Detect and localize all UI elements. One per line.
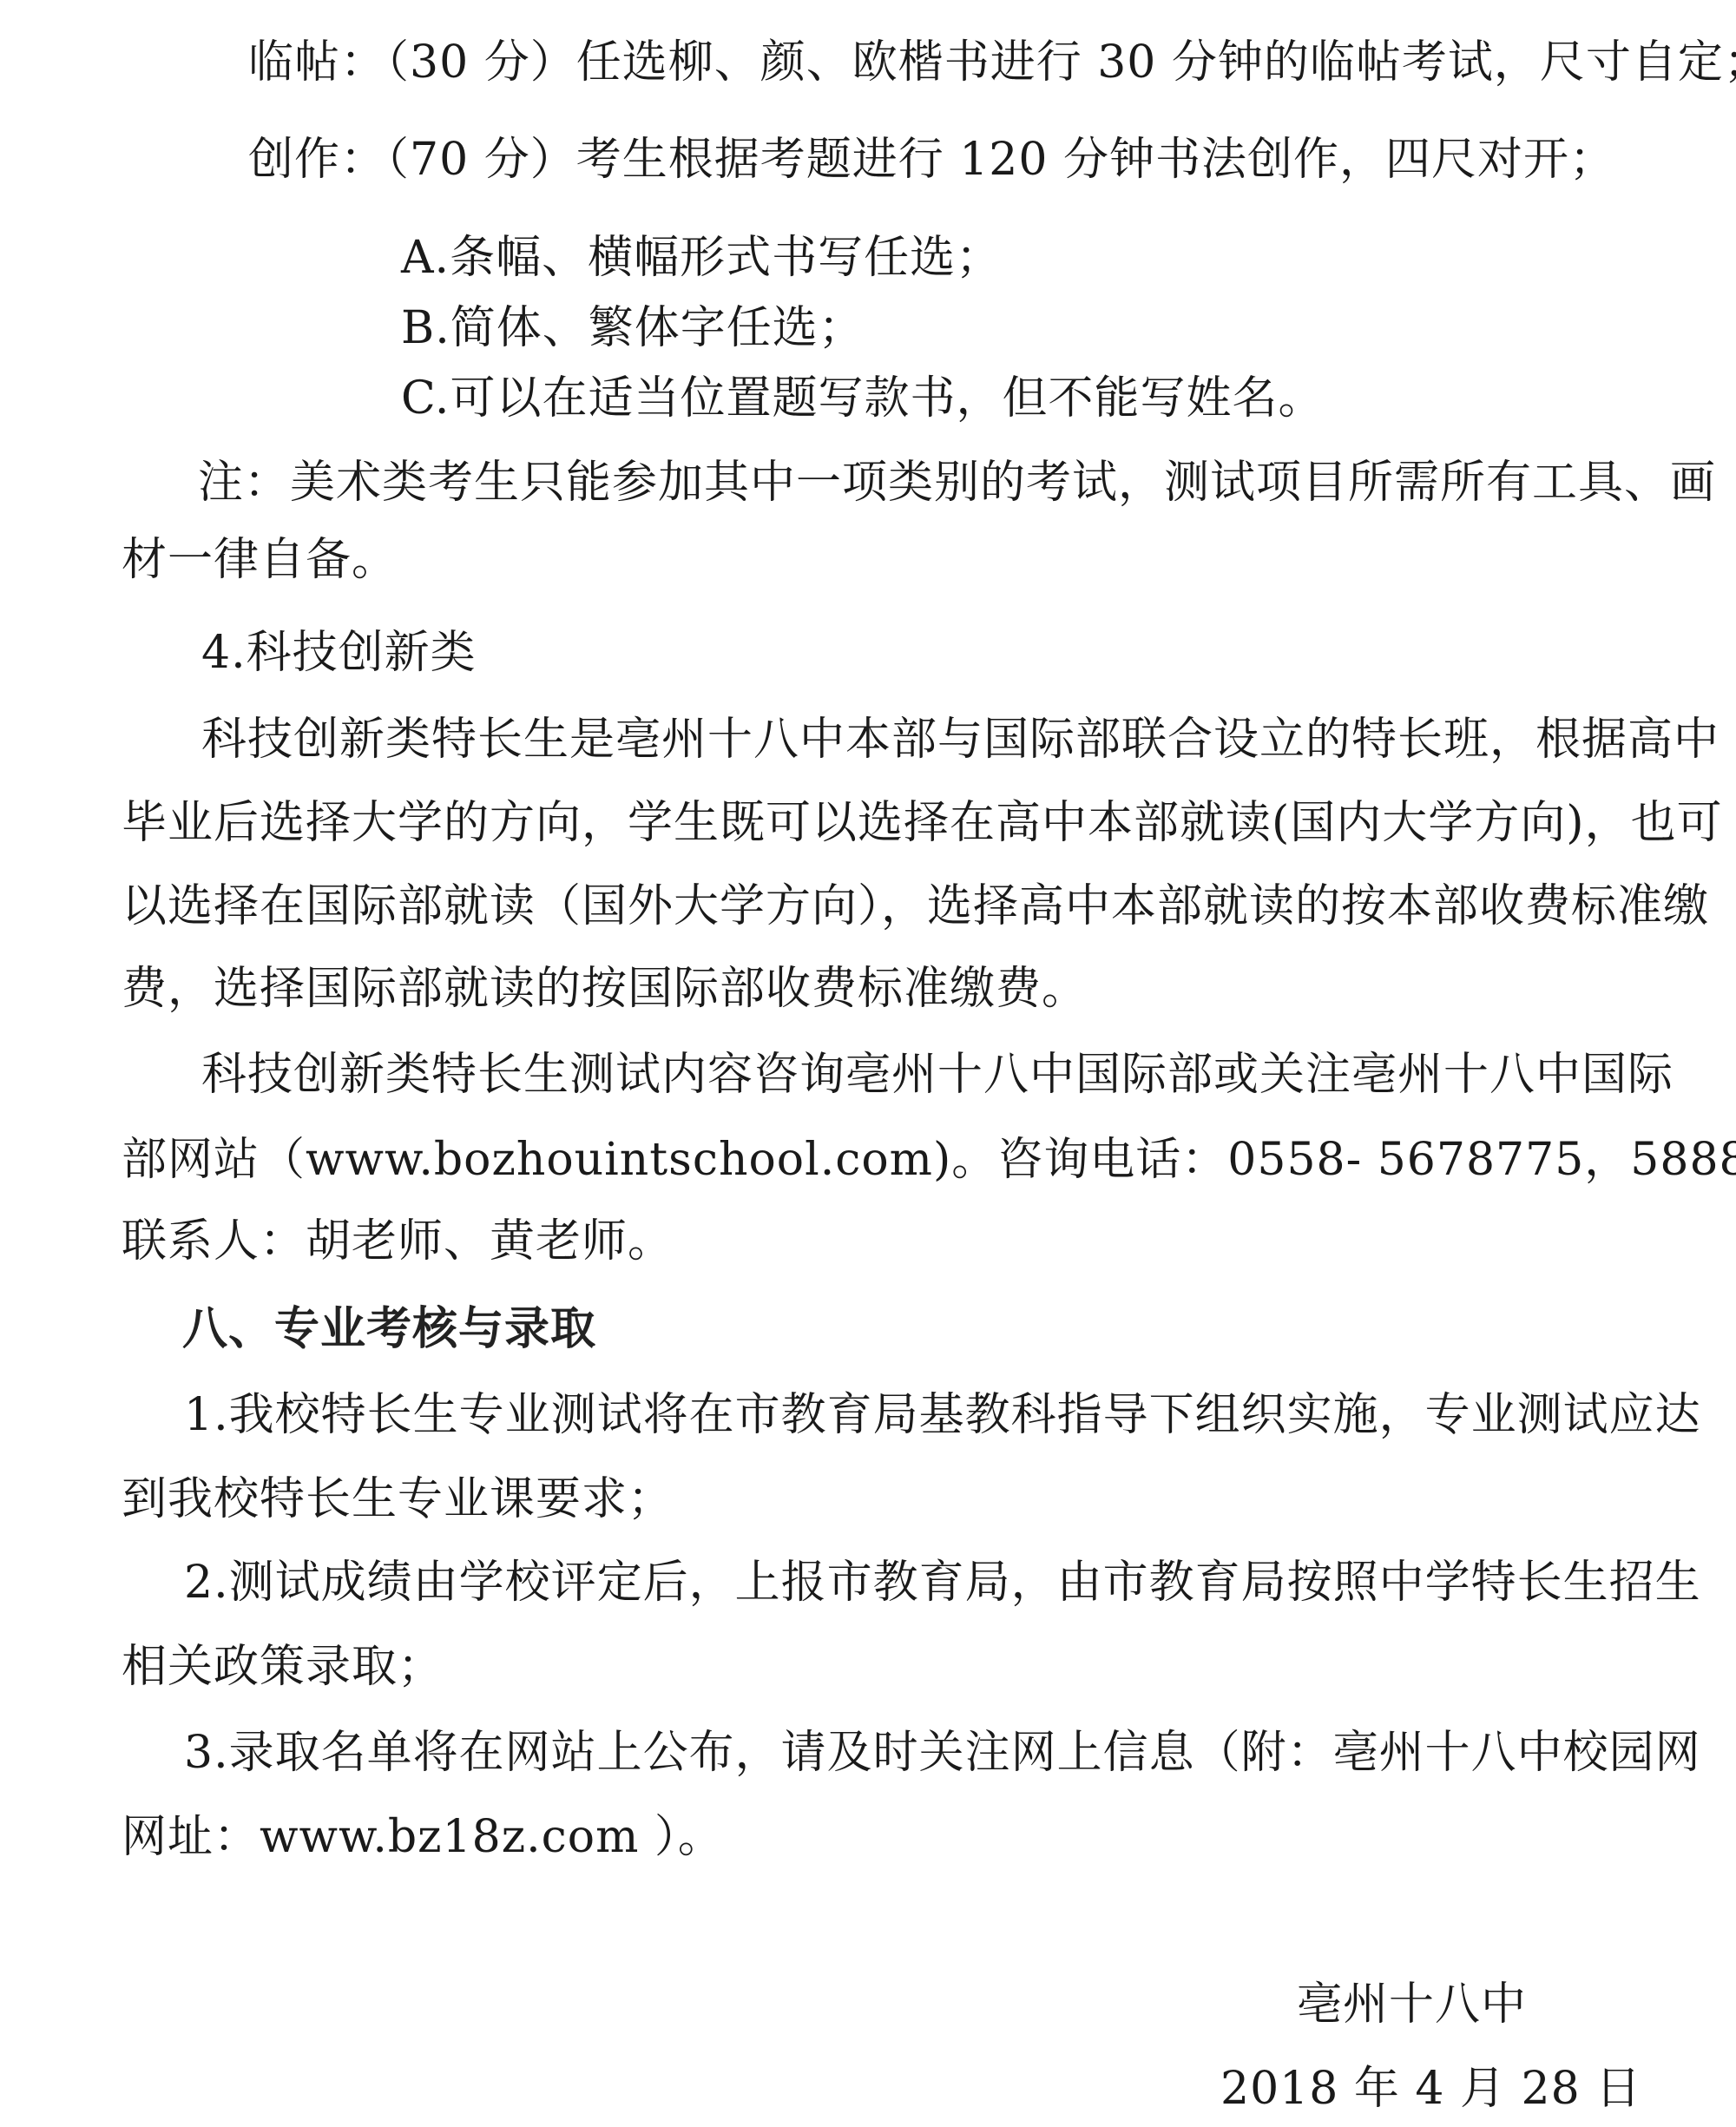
section4-contact: 联系人：胡老师、黄老师。 <box>122 1215 674 1268</box>
section8-item-1-line-2: 到我校特长生专业课要求； <box>122 1473 674 1525</box>
signature-organization: 亳州十八中 <box>1297 1979 1527 2031</box>
section8-item-2-line-1: 2.测试成绩由学校评定后，上报市教育局，由市教育局按照中学特长生招生 <box>184 1557 1621 1609</box>
calligraphy-option-b: B.简体、繁体字任选； <box>401 302 865 354</box>
calligraphy-option-c: C.可以在适当位置题写款书，但不能写姓名。 <box>401 372 1324 425</box>
section8-item-3-line-2: 网址：www.bz18z.com ）。 <box>122 1811 724 1863</box>
section4-title: 4.科技创新类 <box>201 627 477 679</box>
section4-para1-line: 科技创新类特长生是亳州十八中本部与国际部联合设立的特长班，根据高中 <box>201 714 1621 766</box>
section4-para1-line: 以选择在国际部就读（国外大学方向），选择高中本部就读的按本部收费标准缴 <box>122 880 1621 932</box>
calligraphy-copying: 临帖：（30 分）任选柳、颜、欧楷书进行 30 分钟的临帖考试，尺寸自定； <box>248 36 1736 89</box>
calligraphy-option-a: A.条幅、横幅形式书写任选； <box>401 232 1002 284</box>
calligraphy-creation: 创作：（70 分）考生根据考题进行 120 分钟书法创作，四尺对开； <box>248 134 1615 186</box>
section8-item-2-line-2: 相关政策录取； <box>122 1641 444 1693</box>
section4-para1-line: 毕业后选择大学的方向，学生既可以选择在高中本部就读(国内大学方向)，也可 <box>122 797 1621 849</box>
note-line-1: 注：美术类考生只能参加其中一项类别的考试，测试项目所需所有工具、画 <box>198 457 1621 509</box>
section8-item-1-line-1: 1.我校特长生专业测试将在市教育局基教科指导下组织实施，专业测试应达 <box>184 1389 1621 1441</box>
signature-date: 2018 年 4 月 28 日 <box>1220 2063 1641 2115</box>
note-line-2: 材一律自备。 <box>122 534 398 586</box>
section4-website-phone: 部网站（www.bozhouintschool.com)。咨询电话：0558- … <box>122 1134 1545 1186</box>
section8-item-3-line-1: 3.录取名单将在网站上公布，请及时关注网上信息（附：亳州十八中校园网 <box>184 1727 1621 1779</box>
section4-para2-line: 科技创新类特长生测试内容咨询亳州十八中国际部或关注亳州十八中国际 <box>201 1049 1599 1101</box>
section8-heading: 八、专业考核与录取 <box>182 1303 596 1355</box>
section4-para1-line: 费，选择国际部就读的按国际部收费标准缴费。 <box>122 963 1088 1015</box>
